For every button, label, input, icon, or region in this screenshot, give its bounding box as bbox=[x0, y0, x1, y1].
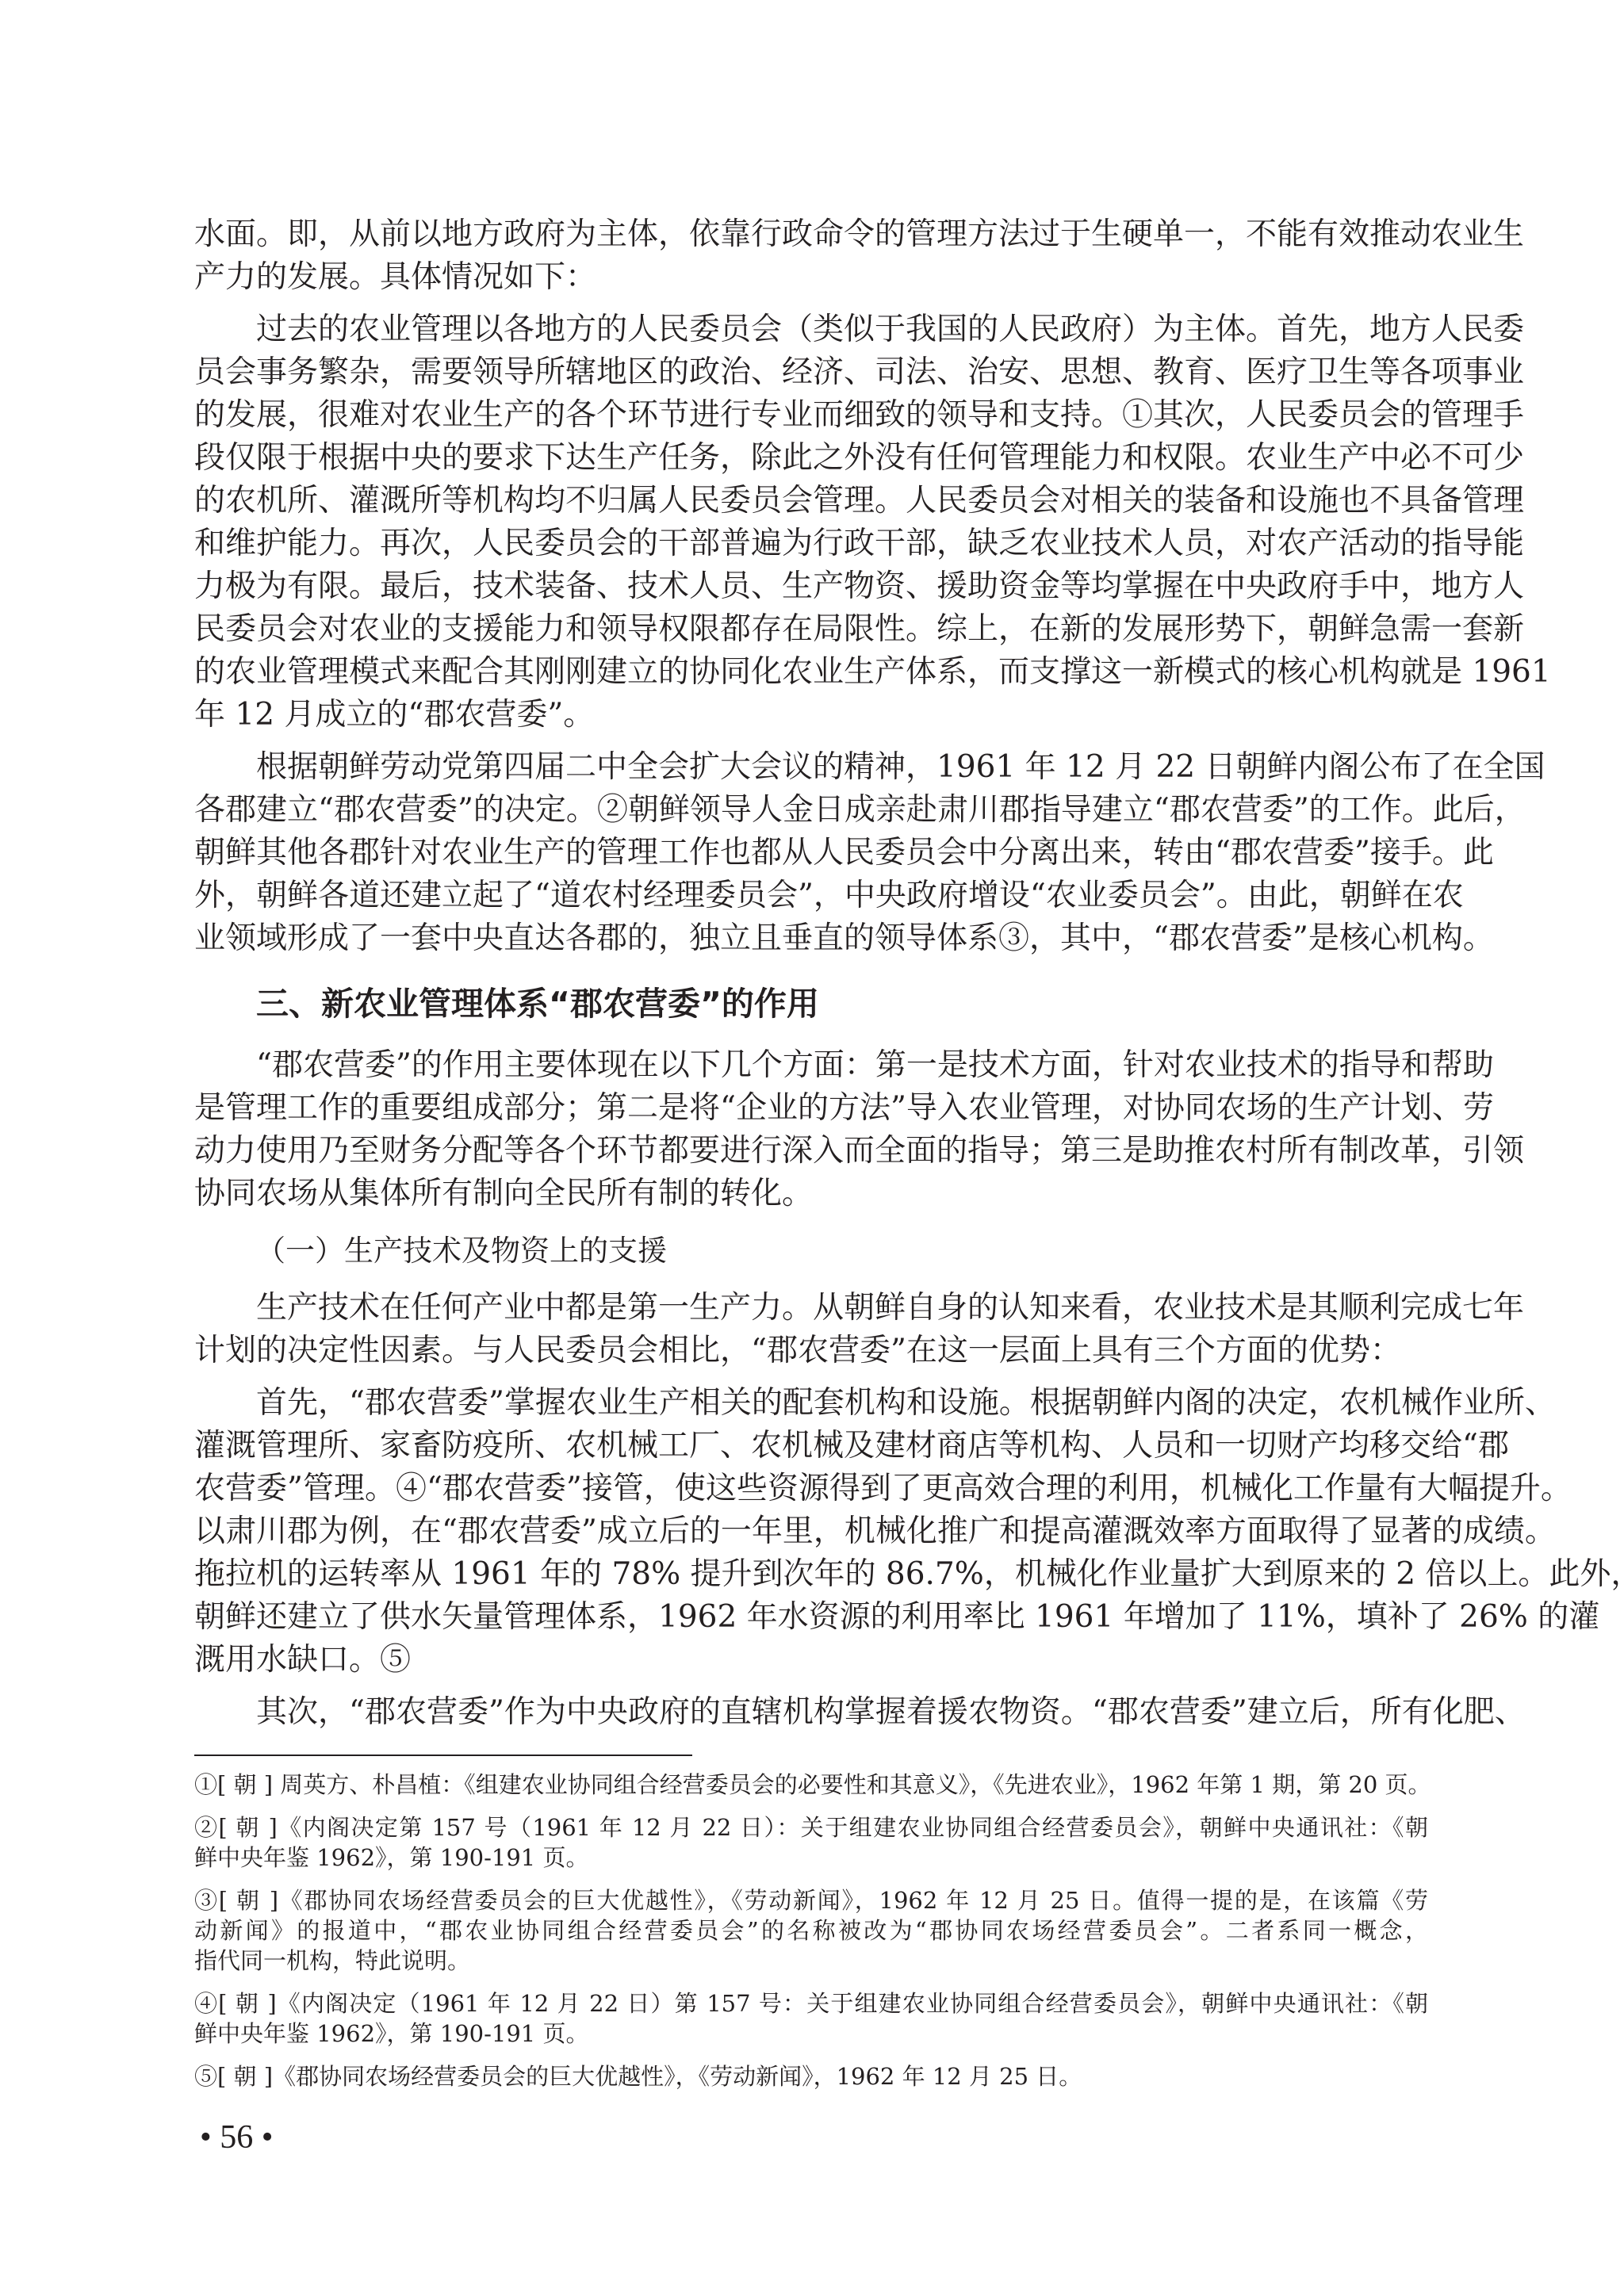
body-text-line: 的农业管理模式来配合其刚刚建立的协同化农业生产体系，而支撑这一新模式的核心机构就… bbox=[194, 652, 1428, 693]
body-text-line: 的发展，很难对农业生产的各个环节进行专业而细致的领导和支持。①其次，人民委员会的… bbox=[194, 395, 1428, 436]
subsection-heading: （一）生产技术及物资上的支援 bbox=[256, 1230, 667, 1272]
footnote-line: ②[ 朝 ]《内阁决定第 157 号（1961 年 12 月 22 日）：关于组… bbox=[194, 1812, 1428, 1843]
body-text-line: 业领域形成了一套中央直达各郡的，独立且垂直的领导体系③，其中，“郡农营委”是核心… bbox=[194, 918, 1428, 959]
footnote-line: ⑤[ 朝 ]《郡协同农场经营委员会的巨大优越性》，《劳动新闻》，1962 年 1… bbox=[194, 2061, 1428, 2091]
body-text-line: 外，朝鲜各道还建立起了“道农村经理委员会”，中央政府增设“农业委员会”。由此，朝… bbox=[194, 875, 1428, 916]
section-heading: 三、新农业管理体系“郡农营委”的作用 bbox=[256, 982, 819, 1026]
body-text-line: 动力使用乃至财务分配等各个环节都要进行深入而全面的指导；第三是助推农村所有制改革… bbox=[194, 1131, 1428, 1172]
body-text-line: 协同农场从集体所有制向全民所有制的转化。 bbox=[194, 1173, 1428, 1215]
body-text-line: 计划的决定性因素。与人民委员会相比，“郡农营委”在这一层面上具有三个方面的优势： bbox=[194, 1330, 1428, 1372]
body-text-line: 拖拉机的运转率从 1961 年的 78% 提升到次年的 86.7%，机械化作业量… bbox=[194, 1554, 1428, 1595]
body-text-line: 灌溉管理所、家畜防疫所、农机械工厂、农机械及建材商店等机构、人员和一切财产均移交… bbox=[194, 1425, 1428, 1467]
footnote-line: 动新闻》的报道中，“郡农业协同组合经营委员会”的名称被改为“郡协同农场经营委员会… bbox=[194, 1915, 1428, 1946]
body-text-line: 根据朝鲜劳动党第四届二中全会扩大会议的精神，1961 年 12 月 22 日朝鲜… bbox=[256, 747, 1428, 788]
body-text-line: 是管理工作的重要组成部分；第二是将“企业的方法”导入农业管理，对协同农场的生产计… bbox=[194, 1088, 1428, 1129]
body-text-line: 朝鲜还建立了供水矢量管理体系，1962 年水资源的利用率比 1961 年增加了 … bbox=[194, 1597, 1428, 1638]
body-text-line: 员会事务繁杂，需要领导所辖地区的政治、经济、司法、治安、思想、教育、医疗卫生等各… bbox=[194, 352, 1428, 393]
body-text-line: 的农机所、灌溉所等机构均不归属人民委员会管理。人民委员会对相关的装备和设施也不具… bbox=[194, 480, 1428, 522]
body-text-line: 农营委”管理。④“郡农营委”接管，使这些资源得到了更高效合理的利用，机械化工作量… bbox=[194, 1468, 1428, 1510]
body-text-line: 首先，“郡农营委”掌握农业生产相关的配套机构和设施。根据朝鲜内阁的决定，农机械作… bbox=[256, 1383, 1428, 1424]
body-text-line: 以肃川郡为例，在“郡农营委”成立后的一年里，机械化推广和提高灌溉效率方面取得了显… bbox=[194, 1511, 1428, 1552]
body-text-line: 水面。即，从前以地方政府为主体，依靠行政命令的管理方法过于生硬单一，不能有效推动… bbox=[194, 214, 1428, 255]
body-text-line: 年 12 月成立的“郡农营委”。 bbox=[194, 695, 1428, 736]
body-text-line: 朝鲜其他各郡针对农业生产的管理工作也都从人民委员会中分离出来，转由“郡农营委”接… bbox=[194, 832, 1428, 874]
body-text-line: “郡农营委”的作用主要体现在以下几个方面：第一是技术方面，针对农业技术的指导和帮… bbox=[256, 1045, 1428, 1086]
footnote-line: ①[ 朝 ] 周英方、朴昌植：《组建农业协同组合经营委员会的必要性和其意义》，《… bbox=[194, 1770, 1428, 1800]
footnote-line: 指代同一机构，特此说明。 bbox=[194, 1946, 1428, 1976]
body-text-line: 和维护能力。再次，人民委员会的干部普遍为行政干部，缺乏农业技术人员，对农产活动的… bbox=[194, 523, 1428, 564]
footnote-line: ④[ 朝 ]《内阁决定（1961 年 12 月 22 日）第 157 号：关于组… bbox=[194, 1988, 1428, 2019]
body-text-line: 生产技术在任何产业中都是第一生产力。从朝鲜自身的认知来看，农业技术是其顺利完成七… bbox=[256, 1288, 1428, 1329]
body-text-line: 其次，“郡农营委”作为中央政府的直辖机构掌握着援农物资。“郡农营委”建立后，所有… bbox=[256, 1692, 1428, 1733]
body-text-line: 溉用水缺口。⑤ bbox=[194, 1640, 1428, 1681]
body-text-line: 各郡建立“郡农营委”的决定。②朝鲜领导人金日成亲赴肃川郡指导建立“郡农营委”的工… bbox=[194, 790, 1428, 831]
footnote-line: 鲜中央年鉴 1962》，第 190-191 页。 bbox=[194, 1843, 1428, 1873]
body-text-line: 力极为有限。最后，技术装备、技术人员、生产物资、援助资金等均掌握在中央政府手中，… bbox=[194, 566, 1428, 607]
body-text-line: 民委员会对农业的支援能力和领导权限都存在局限性。综上，在新的发展形势下，朝鲜急需… bbox=[194, 609, 1428, 650]
body-text-line: 段仅限于根据中央的要求下达生产任务，除此之外没有任何管理能力和权限。农业生产中必… bbox=[194, 438, 1428, 479]
body-text-line: 产力的发展。具体情况如下： bbox=[194, 257, 1428, 298]
page-number: • 56 • bbox=[200, 2118, 273, 2156]
footnote-line: 鲜中央年鉴 1962》，第 190-191 页。 bbox=[194, 2019, 1428, 2049]
footnote-divider bbox=[194, 1755, 692, 1756]
body-text-line: 过去的农业管理以各地方的人民委员会（类似于我国的人民政府）为主体。首先，地方人民… bbox=[256, 309, 1428, 350]
footnote-line: ③[ 朝 ]《郡协同农场经营委员会的巨大优越性》，《劳动新闻》，1962 年 1… bbox=[194, 1885, 1428, 1915]
